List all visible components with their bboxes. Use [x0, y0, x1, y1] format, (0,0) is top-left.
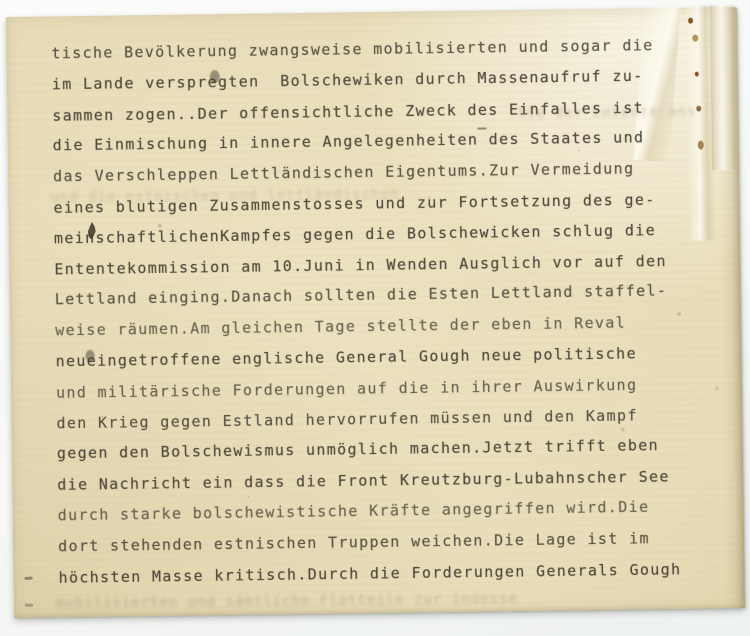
stray-typed-mark — [477, 127, 486, 129]
margin-dash-mark — [25, 576, 33, 579]
margin-dash-mark — [25, 604, 33, 607]
ghost-text-line: mobilisierten und sämtliche Flotteile zu… — [56, 591, 516, 614]
overtyped-letter-mark — [85, 350, 94, 362]
overtyped-letter-mark — [210, 70, 220, 83]
rust-spot — [688, 18, 693, 24]
typewritten-text-block: tische Bevölkerung zwangsweise mobilisie… — [51, 29, 724, 592]
paper-speckles — [6, 17, 8, 19]
scan-background: tte der Entente ans und die estnischen u… — [0, 0, 750, 636]
paper-sheet: tte der Entente ans und die estnischen u… — [6, 7, 745, 618]
